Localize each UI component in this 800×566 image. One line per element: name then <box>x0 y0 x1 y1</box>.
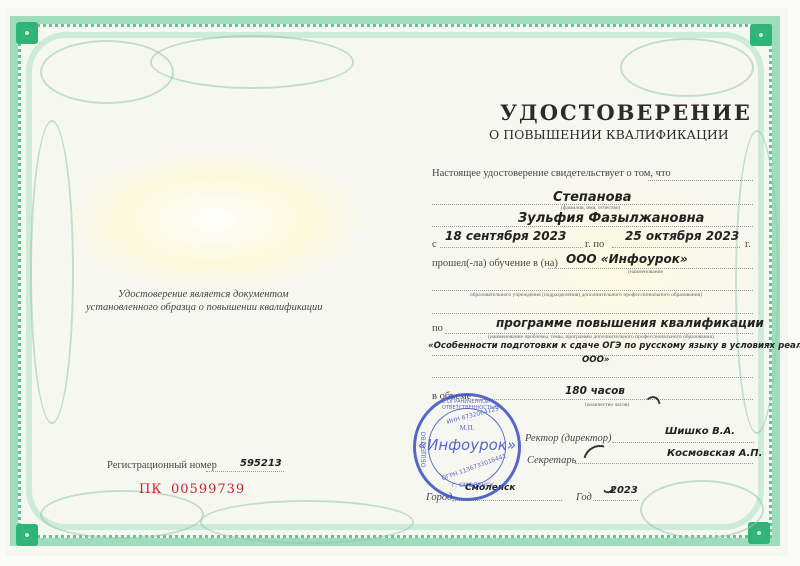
intro-text: Настоящее удостоверение свидетельствует … <box>432 168 671 179</box>
corner-ornament-icon <box>16 524 38 546</box>
program-caption: (наименование проблемы, темы, программы … <box>488 334 714 340</box>
institution-caption: (наименование <box>628 269 663 275</box>
hours: 180 часов <box>565 385 625 397</box>
certificate-title: УДОСТОВЕРЕНИЕ <box>500 100 752 125</box>
series: ПК <box>139 482 162 497</box>
rector-label: Ректор (директор) <box>525 433 612 444</box>
program-type: программе повышения квалификации <box>496 316 764 330</box>
stamp-city: г. СМОЛЕНСК <box>452 482 494 489</box>
end-date: 25 октября 2023 <box>625 229 739 243</box>
secretary-name: Космовская А.П. <box>667 448 762 459</box>
fill-line <box>432 313 753 314</box>
by-label: по <box>432 323 443 334</box>
guilloche-swirl <box>30 120 74 424</box>
stamp-ring-left: ОБЩЕСТВО <box>420 432 427 468</box>
reg-number-label: Регистрационный номер <box>107 460 217 471</box>
watermark-pattern <box>70 150 360 290</box>
institution-name: ООО «Инфоурок» <box>566 252 688 266</box>
date-separator: г. по <box>585 239 604 250</box>
from-prefix: с <box>432 239 437 250</box>
year-label: Год <box>576 492 592 503</box>
start-date: 18 сентября 2023 <box>445 229 566 243</box>
rector-name: Шишко В.А. <box>665 426 735 437</box>
stamp-org-name: «Инфоурок» <box>416 436 518 454</box>
guilloche-swirl <box>200 500 414 544</box>
fill-line <box>440 247 583 248</box>
fill-line <box>612 247 740 248</box>
validity-note-line2: установленного образца о повышении квали… <box>86 302 322 313</box>
hours-caption: (количество часов) <box>585 402 629 408</box>
fill-line <box>593 500 638 501</box>
fill-line <box>206 471 284 472</box>
fill-line <box>432 290 753 291</box>
surname: Степанова <box>553 190 632 205</box>
guilloche-swirl <box>150 35 354 89</box>
organization-stamp: М.П. «Инфоурок» С ОГРАНИЧЕННОЙ ОТВЕТСТВЕ… <box>413 393 521 501</box>
secretary-label: Секретарь <box>527 455 576 466</box>
serial-number: 00599739 <box>171 482 245 497</box>
trained-at-label: прошел(-ла) обучение в (на) <box>432 258 558 269</box>
fill-line <box>432 377 753 378</box>
corner-ornament-icon <box>16 22 38 44</box>
year-value: 2023 <box>610 485 638 496</box>
fill-line <box>432 226 753 227</box>
program-title-continued: ООО» <box>582 355 610 365</box>
validity-note-line1: Удостоверение является документом <box>118 289 289 300</box>
program-title: «Особенности подготовки к сдаче ОГЭ по р… <box>428 341 800 351</box>
institution-caption-2: образовательного учреждения (подразделен… <box>470 292 702 298</box>
year-suffix: г. <box>745 239 751 250</box>
certificate-subtitle: О ПОВЫШЕНИИ КВАЛИФИКАЦИИ <box>489 127 729 142</box>
guilloche-swirl <box>620 38 754 97</box>
guilloche-swirl <box>40 40 174 104</box>
stamp-mp: М.П. <box>416 424 518 432</box>
signature-line <box>612 442 754 443</box>
guilloche-swirl <box>40 490 204 539</box>
given-names: Зульфия Фазылжановна <box>518 211 704 226</box>
fill-line <box>648 180 753 181</box>
corner-ornament-icon <box>750 24 772 46</box>
guilloche-swirl <box>640 480 764 539</box>
reg-number: 595213 <box>240 458 282 469</box>
